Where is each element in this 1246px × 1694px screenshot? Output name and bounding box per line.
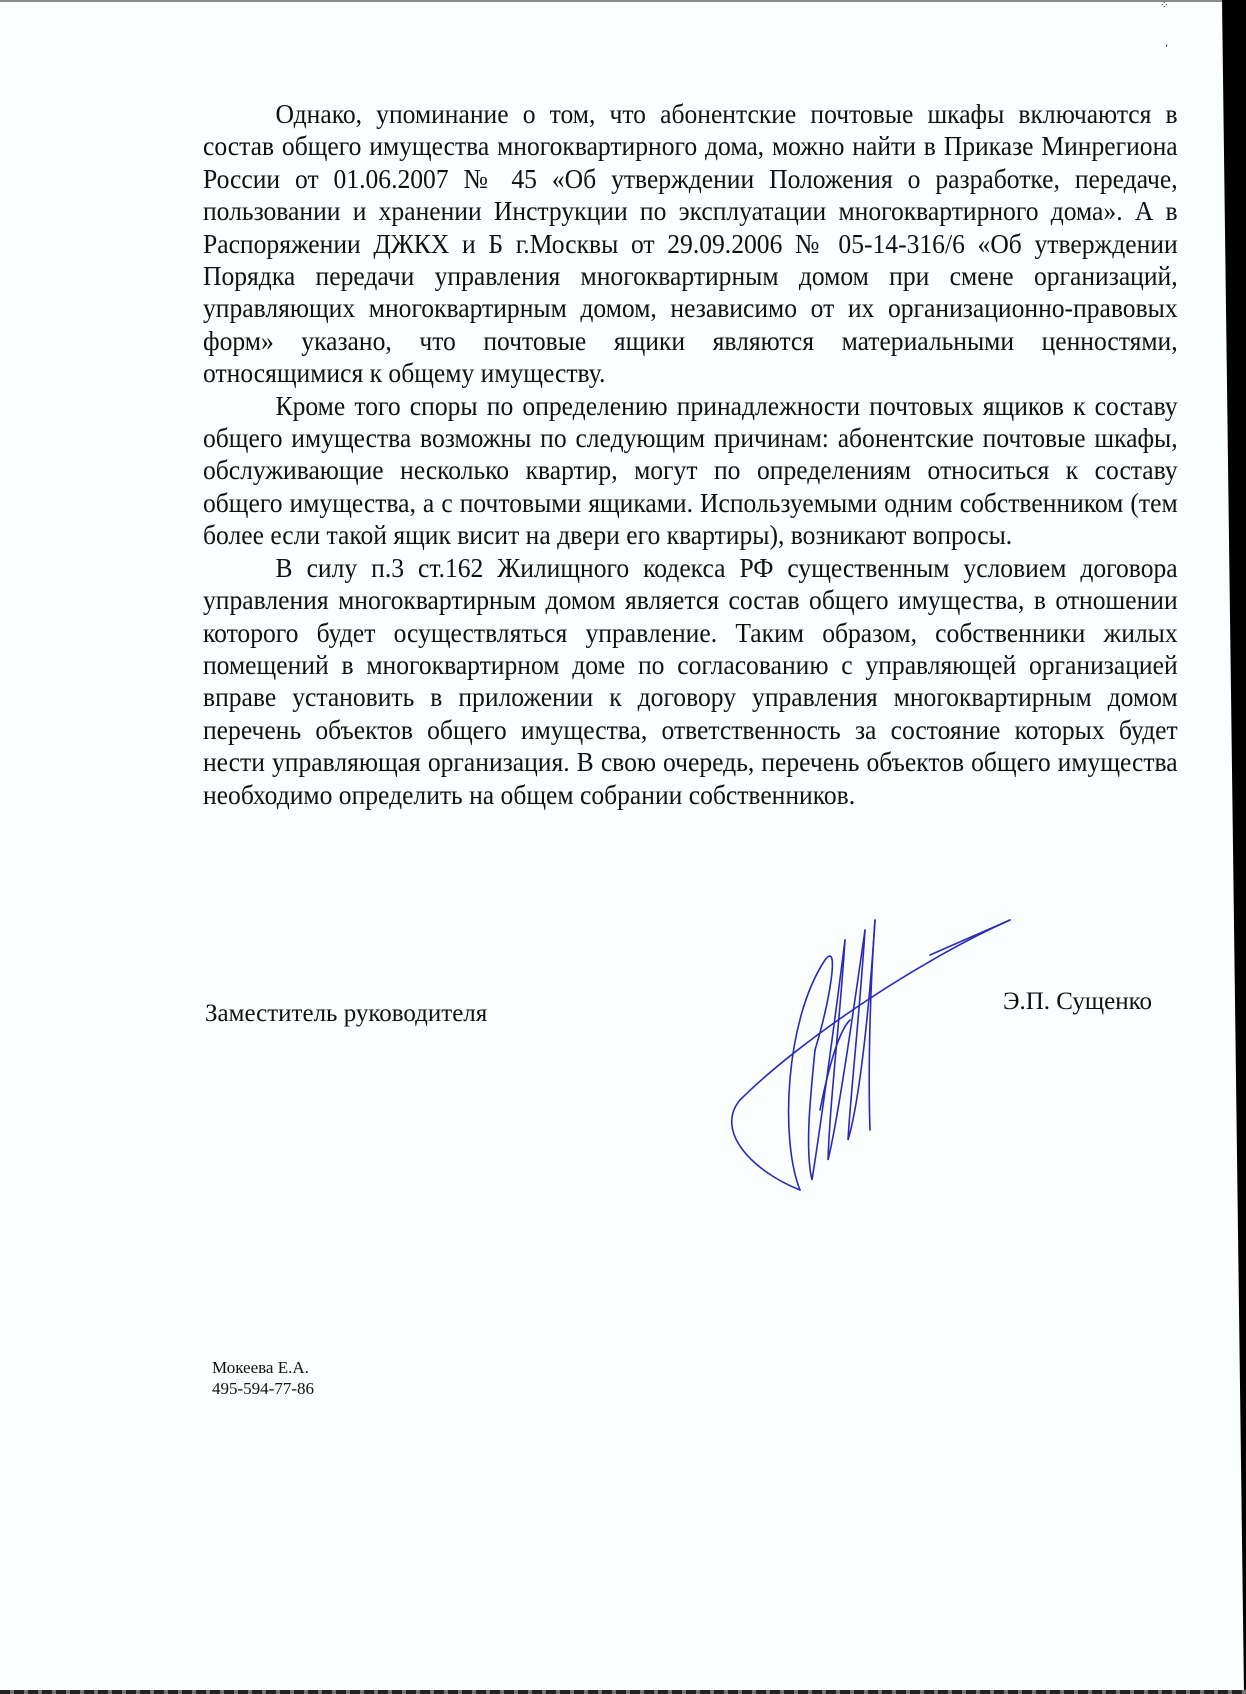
paragraph: Однако, упоминание о том, что абонентски… [203, 98, 1178, 390]
scan-right-edge [1206, 0, 1246, 1694]
executor-name: Мокеева Е.А. [212, 1357, 314, 1378]
scan-top-edge [0, 0, 1246, 2]
executor-phone: 495-594-77-86 [212, 1378, 314, 1399]
executor-info: Мокеева Е.А. 495-594-77-86 [212, 1357, 314, 1399]
letter-body: Однако, упоминание о том, что абонентски… [203, 98, 1178, 811]
paragraph: В силу п.3 ст.162 Жилищного кодекса РФ с… [203, 552, 1178, 811]
scan-bottom-edge [0, 1690, 1246, 1694]
signatory-position: Заместитель руководителя [205, 1000, 487, 1028]
signatory-name: Э.П. Сущенко [1003, 988, 1152, 1016]
scan-speck: ⁘ [1160, 0, 1168, 11]
paragraph: Кроме того споры по определению принадле… [203, 390, 1178, 552]
scan-speck: , [1165, 38, 1168, 49]
handwritten-signature [720, 900, 1040, 1200]
